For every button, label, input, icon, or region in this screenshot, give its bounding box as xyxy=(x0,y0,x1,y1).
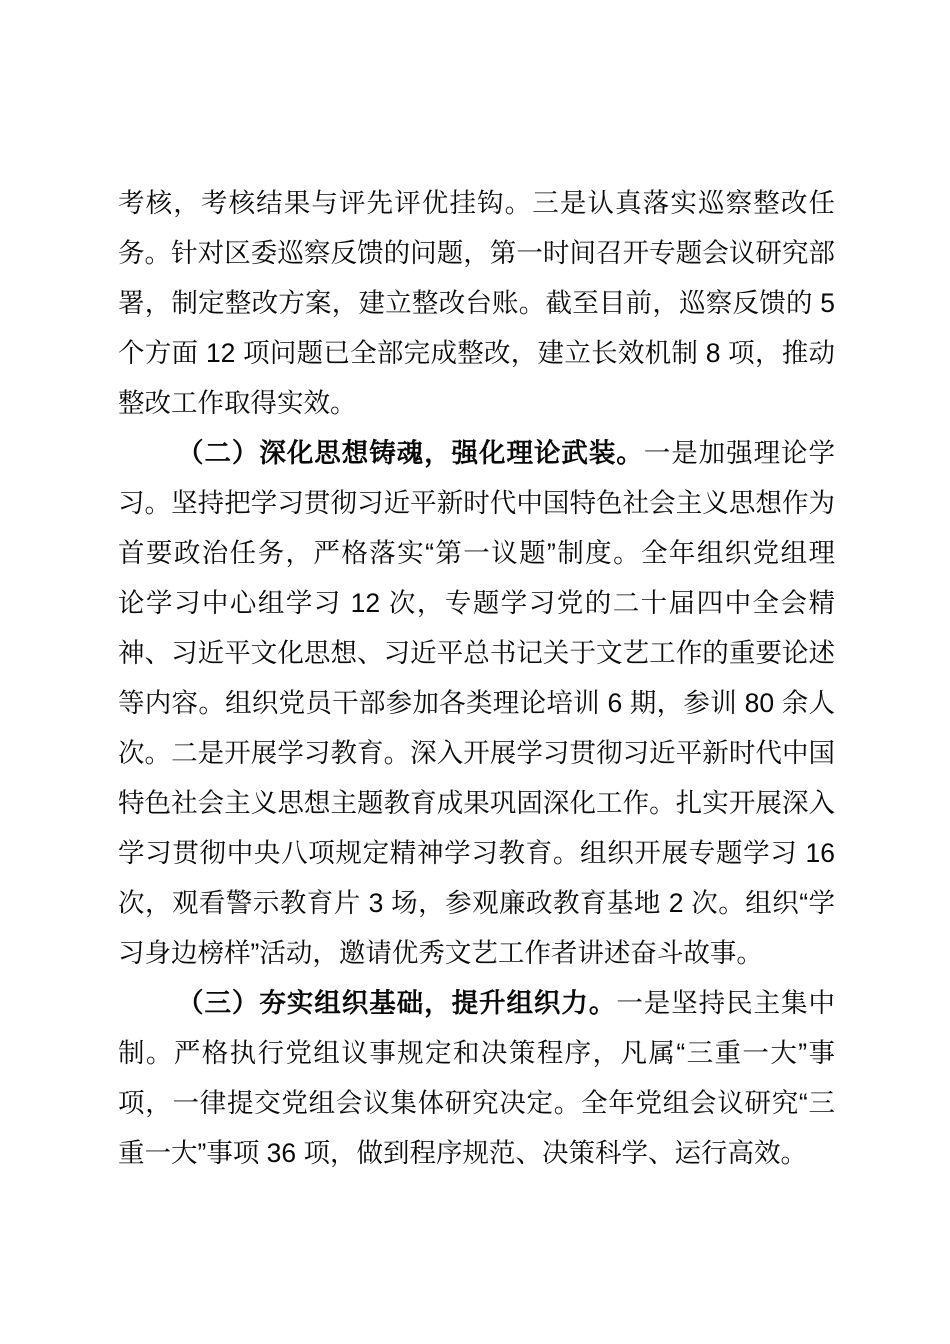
bold-heading-run: （二）深化思想铸魂，强化理论武装。 xyxy=(177,438,644,468)
text-line: 次，观看警示教育片 3 场，参观廉政教育基地 2 次。组织“学 xyxy=(118,878,835,928)
text-line: 署，制定整改方案，建立整改台账。截至目前，巡察反馈的 5 xyxy=(118,278,835,328)
text-run: 项，一律提交党组会议集体研究决定。全年党组会议研究“三 xyxy=(118,1088,835,1118)
text-run: 神、习近平文化思想、习近平总书记关于文艺工作的重要论述 xyxy=(118,638,835,668)
text-line: 考核，考核结果与评先评优挂钩。三是认真落实巡察整改任 xyxy=(118,178,835,228)
text-run: 重一大”事项 36 项，做到程序规范、决策科学、运行高效。 xyxy=(118,1138,807,1168)
text-line: 习。坚持把学习贯彻习近平新时代中国特色社会主义思想作为 xyxy=(118,478,835,528)
text-line: 学习贯彻中央八项规定精神学习教育。组织开展专题学习 16 xyxy=(118,828,835,878)
text-line: 论学习中心组学习 12 次，专题学习党的二十届四中全会精 xyxy=(118,578,835,628)
paragraph: 考核，考核结果与评先评优挂钩。三是认真落实巡察整改任务。针对区委巡察反馈的问题，… xyxy=(118,178,835,428)
text-run: 习身边榜样”活动，邀请优秀文艺工作者讲述奋斗故事。 xyxy=(118,938,763,968)
text-line: 整改工作取得实效。 xyxy=(118,378,835,428)
text-run: 整改工作取得实效。 xyxy=(118,388,357,418)
text-line: 务。针对区委巡察反馈的问题，第一时间召开专题会议研究部 xyxy=(118,228,835,278)
text-run: 论学习中心组学习 12 次，专题学习党的二十届四中全会精 xyxy=(118,588,835,618)
text-run: 考核，考核结果与评先评优挂钩。三是认真落实巡察整改任 xyxy=(118,188,835,218)
text-run: 制。严格执行党组议事规定和决策程序，凡属“三重一大”事 xyxy=(118,1038,835,1068)
text-line: 首要政治任务，严格落实“第一议题”制度。全年组织党组理 xyxy=(118,528,835,578)
text-run: 特色社会主义思想主题教育成果巩固深化工作。扎实开展深入 xyxy=(118,788,835,818)
text-line: 等内容。组织党员干部参加各类理论培训 6 期，参训 80 余人 xyxy=(118,678,835,728)
text-line: （三）夯实组织基础，提升组织力。一是坚持民主集中 xyxy=(118,978,835,1028)
text-run: 次，观看警示教育片 3 场，参观廉政教育基地 2 次。组织“学 xyxy=(118,888,835,918)
text-line: （二）深化思想铸魂，强化理论武装。一是加强理论学 xyxy=(118,428,835,478)
text-line: 重一大”事项 36 项，做到程序规范、决策科学、运行高效。 xyxy=(118,1128,835,1178)
text-line: 习身边榜样”活动，邀请优秀文艺工作者讲述奋斗故事。 xyxy=(118,928,835,978)
text-line: 项，一律提交党组会议集体研究决定。全年党组会议研究“三 xyxy=(118,1078,835,1128)
text-line: 次。二是开展学习教育。深入开展学习贯彻习近平新时代中国 xyxy=(118,728,835,778)
text-run: 个方面 12 项问题已全部完成整改，建立长效机制 8 项，推动 xyxy=(118,338,835,368)
text-run: 一是加强理论学 xyxy=(644,438,835,468)
paragraph: （二）深化思想铸魂，强化理论武装。一是加强理论学习。坚持把学习贯彻习近平新时代中… xyxy=(118,428,835,978)
text-line: 个方面 12 项问题已全部完成整改，建立长效机制 8 项，推动 xyxy=(118,328,835,378)
text-block: 考核，考核结果与评先评优挂钩。三是认真落实巡察整改任务。针对区委巡察反馈的问题，… xyxy=(118,178,835,1178)
text-run: 习。坚持把学习贯彻习近平新时代中国特色社会主义思想作为 xyxy=(118,488,835,518)
text-run: 务。针对区委巡察反馈的问题，第一时间召开专题会议研究部 xyxy=(118,238,835,268)
text-line: 制。严格执行党组议事规定和决策程序，凡属“三重一大”事 xyxy=(118,1028,835,1078)
text-run: 署，制定整改方案，建立整改台账。截至目前，巡察反馈的 5 xyxy=(118,288,835,318)
paragraph: （三）夯实组织基础，提升组织力。一是坚持民主集中制。严格执行党组议事规定和决策程… xyxy=(118,978,835,1178)
text-line: 神、习近平文化思想、习近平总书记关于文艺工作的重要论述 xyxy=(118,628,835,678)
text-run: 学习贯彻中央八项规定精神学习教育。组织开展专题学习 16 xyxy=(118,838,835,868)
document-page: 考核，考核结果与评先评优挂钩。三是认真落实巡察整改任务。针对区委巡察反馈的问题，… xyxy=(0,0,950,1344)
text-run: 一是坚持民主集中 xyxy=(616,988,835,1018)
text-run: 次。二是开展学习教育。深入开展学习贯彻习近平新时代中国 xyxy=(118,738,835,768)
text-line: 特色社会主义思想主题教育成果巩固深化工作。扎实开展深入 xyxy=(118,778,835,828)
bold-heading-run: （三）夯实组织基础，提升组织力。 xyxy=(177,988,616,1018)
text-run: 等内容。组织党员干部参加各类理论培训 6 期，参训 80 余人 xyxy=(118,688,835,718)
text-run: 首要政治任务，严格落实“第一议题”制度。全年组织党组理 xyxy=(118,538,835,568)
